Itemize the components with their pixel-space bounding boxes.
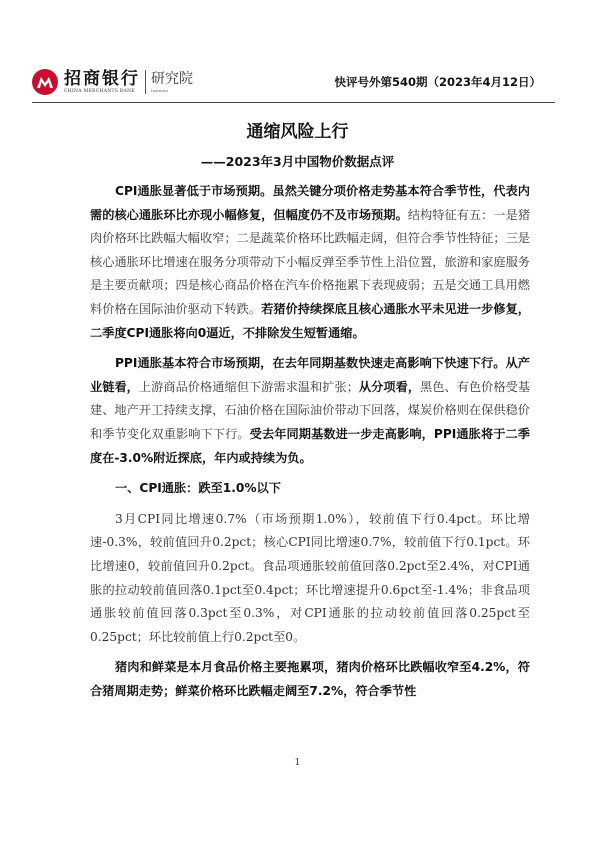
page-title: 通缩风险上行 <box>0 117 595 142</box>
logo-institute-cn: 研究院 <box>151 70 193 88</box>
text-normal: 结构特征有五：一是猪肉价格环比跌幅大幅收窄；二是蔬菜价格环比跌幅走阔，但符合季节… <box>90 208 530 316</box>
logo-institute-en: Institute <box>151 88 193 94</box>
summary-paragraph-cpi: CPI通胀显著低于市场预期。虽然关键分项价格走势基本符合季节性，代表内需的核心通… <box>90 180 530 345</box>
logo-name-en: CHINA MERCHANTS BANK <box>64 89 140 95</box>
section-paragraph-food: 猪肉和鲜菜是本月食品价格主要拖累项，猪肉价格环比跌幅收窄至4.2%，符合猪周期走… <box>90 656 530 703</box>
logo-name-cn: 招商银行 <box>64 69 140 89</box>
text-normal: 3月CPI同比增速0.7%（市场预期1.0%），较前值下行0.4pct。环比增速… <box>90 512 530 644</box>
text-normal: 上游商品价格通缩但下游需求温和扩张； <box>139 380 359 394</box>
logo-divider <box>145 70 146 94</box>
page-header: 招商银行 CHINA MERCHANTS BANK 研究院 Institute … <box>32 66 555 103</box>
page-subtitle: ——2023年3月中国物价数据点评 <box>0 152 595 170</box>
section-heading-cpi: 一、CPI通胀：跌至1.0%以下 <box>90 477 530 501</box>
issue-info: 快评号外第540期（2023年4月12日） <box>334 74 541 90</box>
page-number: 1 <box>0 758 595 768</box>
section-paragraph-cpi-data: 3月CPI同比增速0.7%（市场预期1.0%），较前值下行0.4pct。环比增速… <box>90 508 530 650</box>
cmb-logo-icon <box>32 69 58 95</box>
summary-paragraph-ppi: PPI通胀基本符合市场预期，在去年同期基数快速走高影响下快速下行。从产业链看，上… <box>90 352 530 470</box>
logo: 招商银行 CHINA MERCHANTS BANK 研究院 Institute <box>32 66 193 98</box>
document-body: CPI通胀显著低于市场预期。虽然关键分项价格走势基本符合季节性，代表内需的核心通… <box>90 180 530 710</box>
text-bold: 从分项看， <box>359 380 420 394</box>
text-bold: 猪肉和鲜菜是本月食品价格主要拖累项，猪肉价格环比跌幅收窄至4.2%，符合猪周期走… <box>90 660 530 698</box>
